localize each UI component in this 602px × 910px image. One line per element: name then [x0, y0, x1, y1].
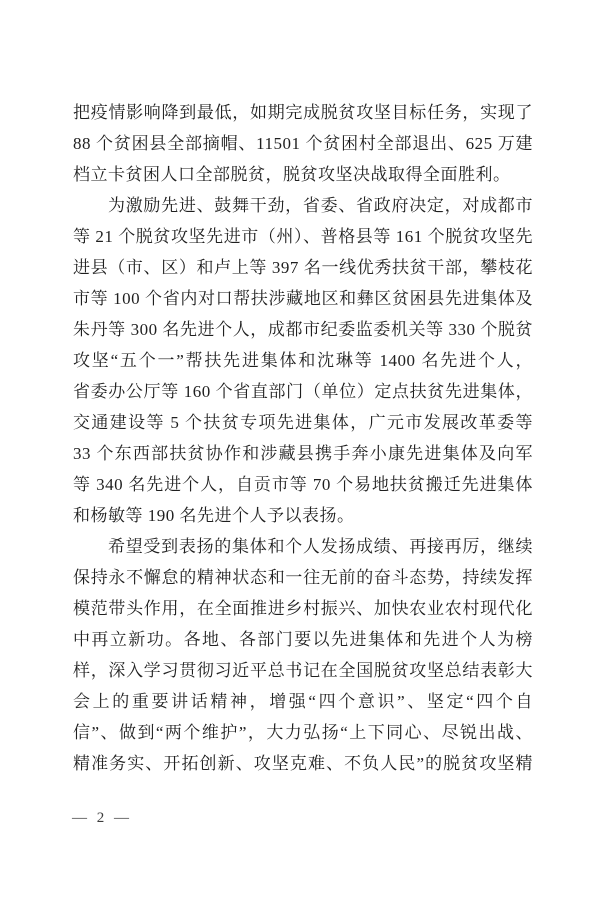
text-line: 交通建设等 5 个扶贫专项先进集体，广元市发展改革委等 [73, 407, 533, 438]
text-line: 把疫情影响降到最低，如期完成脱贫攻坚目标任务，实现了 [73, 97, 533, 128]
text-line: 省委办公厅等 160 个省直部门（单位）定点扶贫先进集体， [73, 376, 533, 407]
text-line: 保持永不懈怠的精神状态和一往无前的奋斗态势，持续发挥 [73, 562, 533, 593]
text-line: 和杨敏等 190 名先进个人予以表扬。 [73, 500, 533, 531]
document-page: 把疫情影响降到最低，如期完成脱贫攻坚目标任务，实现了 88 个贫困县全部摘帽、1… [0, 0, 602, 910]
text-line: 88 个贫困县全部摘帽、11501 个贫困村全部退出、625 万建 [73, 128, 533, 159]
text-line: 等 340 名先进个人，自贡市等 70 个易地扶贫搬迁先进集体 [73, 469, 533, 500]
text-line: 朱丹等 300 名先进个人，成都市纪委监委机关等 330 个脱贫 [73, 314, 533, 345]
text-line: 为激励先进、鼓舞干劲，省委、省政府决定，对成都市 [73, 190, 533, 221]
text-line: 希望受到表扬的集体和个人发扬成绩、再接再厉，继续 [73, 531, 533, 562]
text-line: 市等 100 个省内对口帮扶涉藏地区和彝区贫困县先进集体及 [73, 283, 533, 314]
text-line: 模范带头作用，在全面推进乡村振兴、加快农业农村现代化 [73, 593, 533, 624]
text-line: 精准务实、开拓创新、攻坚克难、不负人民”的脱贫攻坚精 [73, 748, 533, 779]
body-text: 把疫情影响降到最低，如期完成脱贫攻坚目标任务，实现了 88 个贫困县全部摘帽、1… [73, 97, 533, 779]
text-line: 信”、做到“两个维护”，大力弘扬“上下同心、尽锐出战、 [73, 717, 533, 748]
text-line: 档立卡贫困人口全部脱贫，脱贫攻坚决战取得全面胜利。 [73, 159, 533, 190]
text-line: 等 21 个脱贫攻坚先进市（州）、普格县等 161 个脱贫攻坚先 [73, 221, 533, 252]
text-line: 会上的重要讲话精神，增强“四个意识”、坚定“四个自 [73, 686, 533, 717]
text-line: 攻坚“五个一”帮扶先进集体和沈琳等 1400 名先进个人， [73, 345, 533, 376]
text-line: 进县（市、区）和卢上等 397 名一线优秀扶贫干部，攀枝花 [73, 252, 533, 283]
page-number: — 2 — [72, 808, 132, 828]
text-line: 中再立新功。各地、各部门要以先进集体和先进个人为榜 [73, 624, 533, 655]
text-line: 33 个东西部扶贫协作和涉藏县携手奔小康先进集体及向军 [73, 438, 533, 469]
text-line: 样，深入学习贯彻习近平总书记在全国脱贫攻坚总结表彰大 [73, 655, 533, 686]
